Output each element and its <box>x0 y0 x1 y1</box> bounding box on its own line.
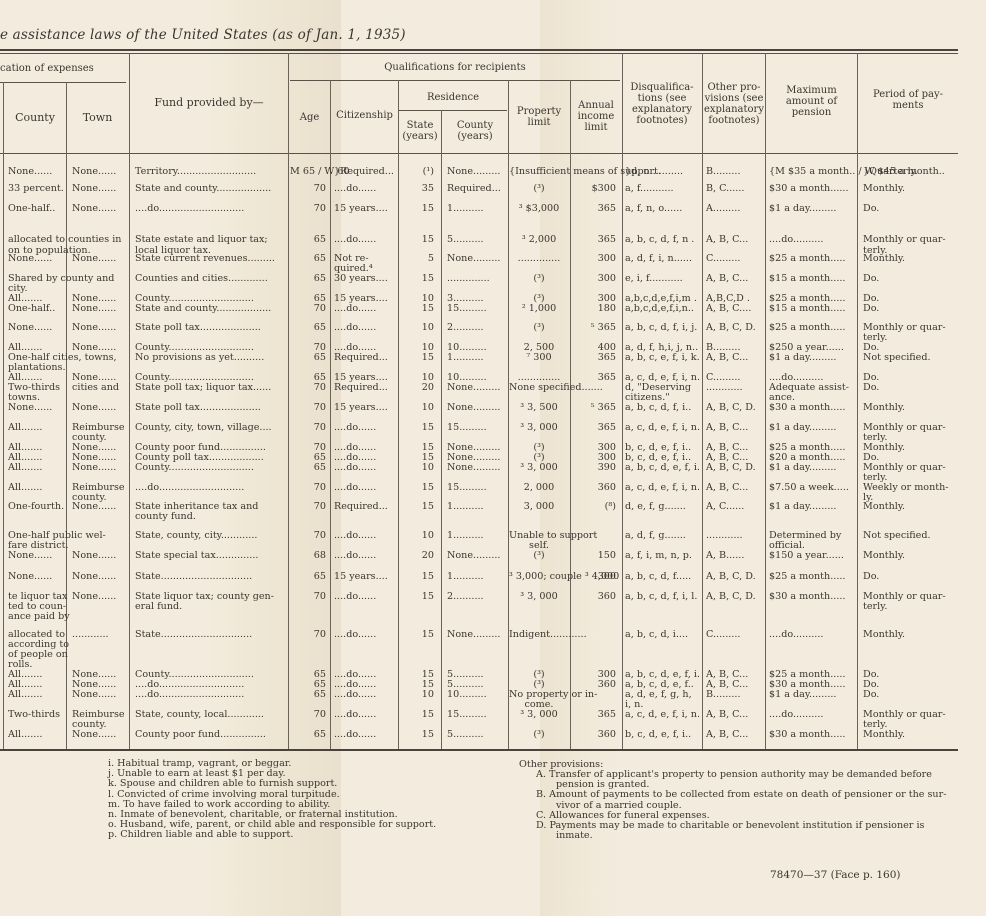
cell-town: None...... <box>72 254 128 265</box>
cell-age: 65 <box>290 254 326 265</box>
cell-cty: None......... <box>447 403 507 414</box>
cell-max: $150 a year...... <box>769 551 856 562</box>
cell-cty: 1.......... <box>447 502 507 513</box>
cell-age: 65 <box>290 730 326 741</box>
cell-dis: b, c, d, e, f, i.. <box>625 730 701 741</box>
cell-per: Monthly. <box>863 730 963 741</box>
cell-town: None...... <box>72 463 128 474</box>
cell-fund: State special tax.............. <box>135 551 287 562</box>
cell-oth: B, C...... <box>706 184 764 195</box>
cell-cit: ....do...... <box>334 483 397 494</box>
cell-inc: 365 <box>571 423 616 434</box>
cell-county: ance paid by <box>8 612 128 623</box>
cell-prop: ³ $3,000 <box>509 204 569 215</box>
header-disqualifications: Disqualifica-tions (see explanatory foot… <box>623 82 701 126</box>
header-rule-bottom <box>0 153 958 154</box>
cell-age: 70 <box>290 383 326 394</box>
allocation-underline <box>0 82 126 83</box>
cell-age: 68 <box>290 551 326 562</box>
cell-town: cities and <box>72 383 128 394</box>
table-rule-bottom <box>0 749 958 751</box>
cell-max: $1 a day......... <box>769 353 856 364</box>
cell-max: $25 a month..... <box>769 572 856 583</box>
cell-cty: 1.......... <box>447 572 507 583</box>
cell-per: Monthly or quar- <box>863 235 963 246</box>
cell-dis: a, b, c, d, f..... <box>625 572 701 583</box>
cell-cit: ....do...... <box>334 531 397 542</box>
cell-cit: 15 years.... <box>334 403 397 414</box>
cell-fund: State poll tax.................... <box>135 323 287 334</box>
cell-dis: a, b, c, d, i.... <box>625 630 701 641</box>
cell-oth: A, B, C, D. <box>706 463 764 474</box>
header-county: County <box>4 112 66 123</box>
cell-per: Do. <box>863 274 963 285</box>
header-property: Property limit <box>509 106 569 128</box>
header-rule-top2 <box>0 53 958 54</box>
col-line-fund <box>129 53 130 749</box>
cell-fund: State and county.................. <box>135 184 287 195</box>
col-line-0 <box>3 82 4 749</box>
cell-state: 10 <box>400 531 434 542</box>
cell-dis: a, c, d, e, f, i, n. <box>625 710 701 721</box>
cell-cit: }Required... <box>334 167 397 178</box>
cell-dis: a, f........... <box>625 184 701 195</box>
col-line-income <box>570 80 571 749</box>
cell-age: 70 <box>290 184 326 195</box>
cell-age: 70 <box>290 423 326 434</box>
cell-cit: 15 years.... <box>334 572 397 583</box>
cell-cit: ....do...... <box>334 304 397 315</box>
cell-prop: None specified....... <box>509 383 569 394</box>
cell-fund: State poll tax.................... <box>135 403 287 414</box>
cell-max: $30 a month..... <box>769 592 856 603</box>
cell-state: 10 <box>400 690 434 701</box>
cell-oth: A, B, C... <box>706 730 764 741</box>
cell-fund: Counties and cities............. <box>135 274 287 285</box>
cell-oth: ............ <box>706 531 764 542</box>
residence-underline <box>399 110 507 111</box>
col-line-state <box>398 80 399 749</box>
cell-fund: State.............................. <box>135 572 287 583</box>
col-line-citizenship <box>330 80 331 749</box>
col-line-property <box>508 80 509 749</box>
cell-town: None...... <box>72 204 128 215</box>
cell-cit: ....do...... <box>334 551 397 562</box>
cell-per: }Quarterly. <box>863 167 963 178</box>
cell-cty: 15......... <box>447 710 507 721</box>
cell-state: 15 <box>400 483 434 494</box>
cell-prop: 3, 000 <box>509 502 569 513</box>
cell-town: None...... <box>72 323 128 334</box>
header-maximum: Maximum amount of pension <box>766 85 857 118</box>
cell-state: 20 <box>400 551 434 562</box>
cell-inc: 180 <box>571 304 616 315</box>
cell-dis: }d, n........... <box>625 167 701 178</box>
cell-county: allocated to counties in <box>8 235 128 246</box>
cell-age: 65 <box>290 235 326 246</box>
cell-prop: (³) <box>509 730 569 741</box>
cell-fund: ....do............................ <box>135 483 287 494</box>
cell-prop: ³ 2,000 <box>509 235 569 246</box>
page-reference: 78470—37 (Face p. 160) <box>770 869 901 881</box>
cell-max: $1 a day......... <box>769 204 856 215</box>
cell-per: Do. <box>863 572 963 583</box>
cell-cty: 5.......... <box>447 730 507 741</box>
cell-town: None...... <box>72 572 128 583</box>
cell-age: 70 <box>290 304 326 315</box>
cell-cty: 10......... <box>447 690 507 701</box>
cell-prop: {Insufficient means of support. <box>509 167 569 178</box>
cell-state: 5 <box>400 254 434 265</box>
cell-state: 10 <box>400 463 434 474</box>
header-residence: Residence <box>399 92 507 103</box>
col-line-disq <box>622 53 623 749</box>
cell-per: Do. <box>863 204 963 215</box>
cell-fund: State poll tax; liquor tax...... <box>135 383 287 394</box>
cell-state: 15 <box>400 274 434 285</box>
cell-cty: 15......... <box>447 304 507 315</box>
cell-prop: .............. <box>509 254 569 265</box>
cell-inc: 300 <box>571 274 616 285</box>
cell-cit: 30 years.... <box>334 274 397 285</box>
header-county-years: County (years) <box>442 120 508 142</box>
cell-prop: (³) <box>509 551 569 562</box>
cell-state: 15 <box>400 710 434 721</box>
cell-oth: A, B, C, D. <box>706 323 764 334</box>
cell-prop: ² 1,000 <box>509 304 569 315</box>
cell-prop: ³ 3,000; couple ³ 4,000 <box>509 572 569 583</box>
cell-fund: eral fund. <box>135 602 287 613</box>
cell-age: 65 <box>290 463 326 474</box>
cell-cty: None......... <box>447 630 507 641</box>
cell-cit: ....do...... <box>334 323 397 334</box>
cell-dis: a, b, c, d, f, i, l. <box>625 592 701 603</box>
cell-dis: a, d, f, g....... <box>625 531 701 542</box>
cell-max: ....do.......... <box>769 630 856 641</box>
cell-prop: ³ 3, 000 <box>509 592 569 603</box>
cell-state: 15 <box>400 304 434 315</box>
header-citizenship: Citizenship <box>331 110 398 121</box>
header-qualifications: Qualifications for recipients <box>290 62 620 73</box>
cell-oth: A, B, C... <box>706 423 764 434</box>
cell-cit: ....do...... <box>334 235 397 246</box>
cell-max: $30 a month..... <box>769 403 856 414</box>
cell-age: 70 <box>290 710 326 721</box>
cell-state: (¹) <box>400 167 434 178</box>
cell-fund: ....do............................ <box>135 204 287 215</box>
cell-max: $15 a month..... <box>769 304 856 315</box>
cell-oth: A, B, C, D. <box>706 403 764 414</box>
cell-per: Weekly or month- <box>863 483 963 494</box>
cell-max: ....do.......... <box>769 710 856 721</box>
cell-dis: a, f, n, o...... <box>625 204 701 215</box>
cell-prop: (³) <box>509 184 569 195</box>
cell-cit: ....do...... <box>334 730 397 741</box>
cell-dis: a,b,c,d,e,f,i,n.. <box>625 304 701 315</box>
cell-inc: 360 <box>571 483 616 494</box>
cell-town: None...... <box>72 502 128 513</box>
cell-state: 15 <box>400 204 434 215</box>
cell-max: $30 a month..... <box>769 730 856 741</box>
cell-cty: 15......... <box>447 423 507 434</box>
cell-prop: 2, 000 <box>509 483 569 494</box>
cell-fund: State, county, local............ <box>135 710 287 721</box>
cell-max: $30 a month...... <box>769 184 856 195</box>
cell-oth: A, B, C... <box>706 710 764 721</box>
cell-fund: State current revenues......... <box>135 254 287 265</box>
cell-prop: (³) <box>509 274 569 285</box>
cell-per: Not specified. <box>863 531 963 542</box>
cell-town: None...... <box>72 167 128 178</box>
cell-per: Monthly. <box>863 502 963 513</box>
cell-oth: A, B, C.... <box>706 304 764 315</box>
cell-cit: Required... <box>334 353 397 364</box>
cell-dis: a, b, c, d, f, i.. <box>625 403 701 414</box>
cell-inc: 365 <box>571 204 616 215</box>
cell-cit: ....do...... <box>334 592 397 603</box>
cell-age: 70 <box>290 502 326 513</box>
header-income: Annual income limit <box>571 100 621 133</box>
cell-town: None...... <box>72 690 128 701</box>
cell-dis: a, b, c, d, f, i, j. <box>625 323 701 334</box>
cell-age: 70 <box>290 630 326 641</box>
cell-town: None...... <box>72 304 128 315</box>
cell-inc: ⁵ 365 <box>571 403 616 414</box>
cell-dis: a, b, c, d, f, n . <box>625 235 701 246</box>
cell-dis: e, i, f........... <box>625 274 701 285</box>
col-line-other <box>702 53 703 749</box>
cell-town: None...... <box>72 592 128 603</box>
cell-fund: State, county, city............ <box>135 531 287 542</box>
cell-dis: a, b, c, d, e, f, i. <box>625 463 701 474</box>
cell-age: 70 <box>290 531 326 542</box>
cell-cty: 1.......... <box>447 204 507 215</box>
cell-state: 15 <box>400 502 434 513</box>
cell-inc: 360 <box>571 730 616 741</box>
cell-state: 15 <box>400 235 434 246</box>
cell-oth: A, B, C... <box>706 235 764 246</box>
cell-cit: ....do...... <box>334 184 397 195</box>
cell-town: ............ <box>72 630 128 641</box>
cell-state: 10 <box>400 323 434 334</box>
cell-cty: None......... <box>447 167 507 178</box>
cell-max: $1 a day......... <box>769 502 856 513</box>
cell-max: $1 a day......... <box>769 463 856 474</box>
cell-dis: a, c, d, e, f, i, n. <box>625 483 701 494</box>
cell-inc: 365 <box>571 235 616 246</box>
cell-cty: None......... <box>447 551 507 562</box>
cell-per: Monthly. <box>863 184 963 195</box>
cell-town: None...... <box>72 403 128 414</box>
cell-inc: 365 <box>571 710 616 721</box>
cell-age: 65 <box>290 353 326 364</box>
footnote-item: p. Children liable and able to support. <box>108 830 293 840</box>
cell-age: M 65 / W 60 <box>290 167 326 178</box>
cell-per: terly. <box>863 602 963 613</box>
cell-inc: 365 <box>571 353 616 364</box>
cell-oth: C......... <box>706 630 764 641</box>
cell-cty: 1.......... <box>447 531 507 542</box>
cell-oth: A, B...... <box>706 551 764 562</box>
cell-fund: State and county.................. <box>135 304 287 315</box>
cell-cit: 15 years.... <box>334 204 397 215</box>
cell-oth: C......... <box>706 254 764 265</box>
cell-cty: None......... <box>447 463 507 474</box>
cell-oth: A, B, C... <box>706 483 764 494</box>
cell-cit: ....do...... <box>334 423 397 434</box>
cell-max: $25 a month..... <box>769 323 856 334</box>
cell-cty: None......... <box>447 254 507 265</box>
cell-per: Monthly. <box>863 403 963 414</box>
cell-town: None...... <box>72 184 128 195</box>
cell-per: Do. <box>863 690 963 701</box>
cell-fund: County............................ <box>135 463 287 474</box>
cell-age: 65 <box>290 323 326 334</box>
cell-town: None...... <box>72 730 128 741</box>
cell-state: 15 <box>400 353 434 364</box>
cell-oth: B......... <box>706 690 764 701</box>
cell-town: None...... <box>72 551 128 562</box>
cell-cty: 15......... <box>447 483 507 494</box>
cell-oth: A, B, C, D. <box>706 572 764 583</box>
cell-oth: A, B, C, D. <box>706 592 764 603</box>
header-age: Age <box>289 112 330 123</box>
cell-dis: a, c, d, e, f, i, n. <box>625 423 701 434</box>
col-line-period <box>857 53 858 749</box>
cell-fund: County, city, town, village.... <box>135 423 287 434</box>
cell-prop: ⁷ 300 <box>509 353 569 364</box>
cell-cty: .............. <box>447 274 507 285</box>
cell-age: 70 <box>290 592 326 603</box>
cell-dis: a, b, c, e, f, i, k. <box>625 353 701 364</box>
cell-max: $7.50 a week..... <box>769 483 856 494</box>
cell-oth: A, B, C... <box>706 274 764 285</box>
cell-fund: No provisions as yet.......... <box>135 353 287 364</box>
cell-cty: 1.......... <box>447 353 507 364</box>
cell-state: 15 <box>400 630 434 641</box>
col-line-age <box>288 53 289 749</box>
cell-oth: ............ <box>706 383 764 394</box>
cell-prop: ³ 3, 500 <box>509 403 569 414</box>
cell-cty: 2.......... <box>447 323 507 334</box>
cell-per: Not specified. <box>863 353 963 364</box>
cell-cty: 2.......... <box>447 592 507 603</box>
other-provision-item: inmate. <box>556 831 593 841</box>
header-state-years: State (years) <box>400 120 440 142</box>
cell-cit: ....do...... <box>334 690 397 701</box>
cell-oth: A, C...... <box>706 502 764 513</box>
cell-age: 65 <box>290 274 326 285</box>
cell-prop: Indigent............ <box>509 630 569 641</box>
cell-per: Monthly. <box>863 254 963 265</box>
cell-fund: State estate and liquor tax; <box>135 235 287 246</box>
cell-cty: None......... <box>447 383 507 394</box>
cell-inc: (⁸) <box>571 502 616 513</box>
cell-oth: A, B, C... <box>706 353 764 364</box>
cell-cit: ....do...... <box>334 463 397 474</box>
cell-fund: ....do............................ <box>135 690 287 701</box>
cell-cit: ....do...... <box>334 710 397 721</box>
cell-max: $25 a month..... <box>769 254 856 265</box>
cell-cit: ....do...... <box>334 630 397 641</box>
cell-age: 65 <box>290 690 326 701</box>
cell-state: 15 <box>400 592 434 603</box>
other-provision-item: D. Payments may be made to charitable or… <box>536 821 924 831</box>
cell-age: 70 <box>290 483 326 494</box>
cell-inc: 390 <box>571 463 616 474</box>
cell-state: 35 <box>400 184 434 195</box>
cell-prop: ³ 3, 000 <box>509 710 569 721</box>
header-other-provisions: Other pro-visions (see explanatory footn… <box>703 82 765 126</box>
cell-inc: 360 <box>571 592 616 603</box>
cell-age: 65 <box>290 572 326 583</box>
cell-max: ....do.......... <box>769 235 856 246</box>
cell-state: 15 <box>400 730 434 741</box>
cell-dis: d, e, f, g....... <box>625 502 701 513</box>
cell-state: 10 <box>400 403 434 414</box>
cell-fund: State.............................. <box>135 630 287 641</box>
cell-max: $15 a month..... <box>769 274 856 285</box>
cell-state: 15 <box>400 572 434 583</box>
cell-per: Do. <box>863 304 963 315</box>
cell-age: 70 <box>290 204 326 215</box>
cell-dis: a, f, i, m, n, p. <box>625 551 701 562</box>
cell-max: {M $35 a month.. / W $45 a month.. <box>769 167 856 178</box>
cell-per: Do. <box>863 383 963 394</box>
cell-cty: Required... <box>447 184 507 195</box>
header-fund: Fund provided by— <box>130 97 288 108</box>
cell-fund: Territory.......................... <box>135 167 287 178</box>
cell-state: 15 <box>400 423 434 434</box>
cell-cit: Required... <box>334 383 397 394</box>
cell-cty: 5.......... <box>447 235 507 246</box>
cell-inc: 300 <box>571 572 616 583</box>
cell-prop: (³) <box>509 323 569 334</box>
col-line-county-yrs <box>441 110 442 749</box>
cell-inc: 300 <box>571 254 616 265</box>
header-period: Period of pay-ments <box>858 89 958 111</box>
header-town: Town <box>66 112 129 123</box>
cell-max: $1 a day......... <box>769 690 856 701</box>
cell-prop: ³ 3, 000 <box>509 463 569 474</box>
cell-dis: a, d, f, i, n...... <box>625 254 701 265</box>
cell-per: Monthly. <box>863 551 963 562</box>
cell-max: $1 a day......... <box>769 423 856 434</box>
cell-oth: B......... <box>706 167 764 178</box>
cell-oth: A......... <box>706 204 764 215</box>
cell-fund: County poor fund............... <box>135 730 287 741</box>
cell-age: 70 <box>290 403 326 414</box>
cell-cit: Required... <box>334 502 397 513</box>
cell-inc: 150 <box>571 551 616 562</box>
cell-prop: ³ 3, 000 <box>509 423 569 434</box>
cell-fund: county fund. <box>135 512 287 523</box>
header-rule-top <box>0 49 958 51</box>
col-line-max <box>765 53 766 749</box>
cell-per: Monthly. <box>863 630 963 641</box>
cell-inc: ⁵ 365 <box>571 323 616 334</box>
document-title: e assistance laws of the United States (… <box>0 27 406 43</box>
header-allocation: cation of expenses <box>0 63 126 74</box>
cell-state: 20 <box>400 383 434 394</box>
cell-inc: $300 <box>571 184 616 195</box>
